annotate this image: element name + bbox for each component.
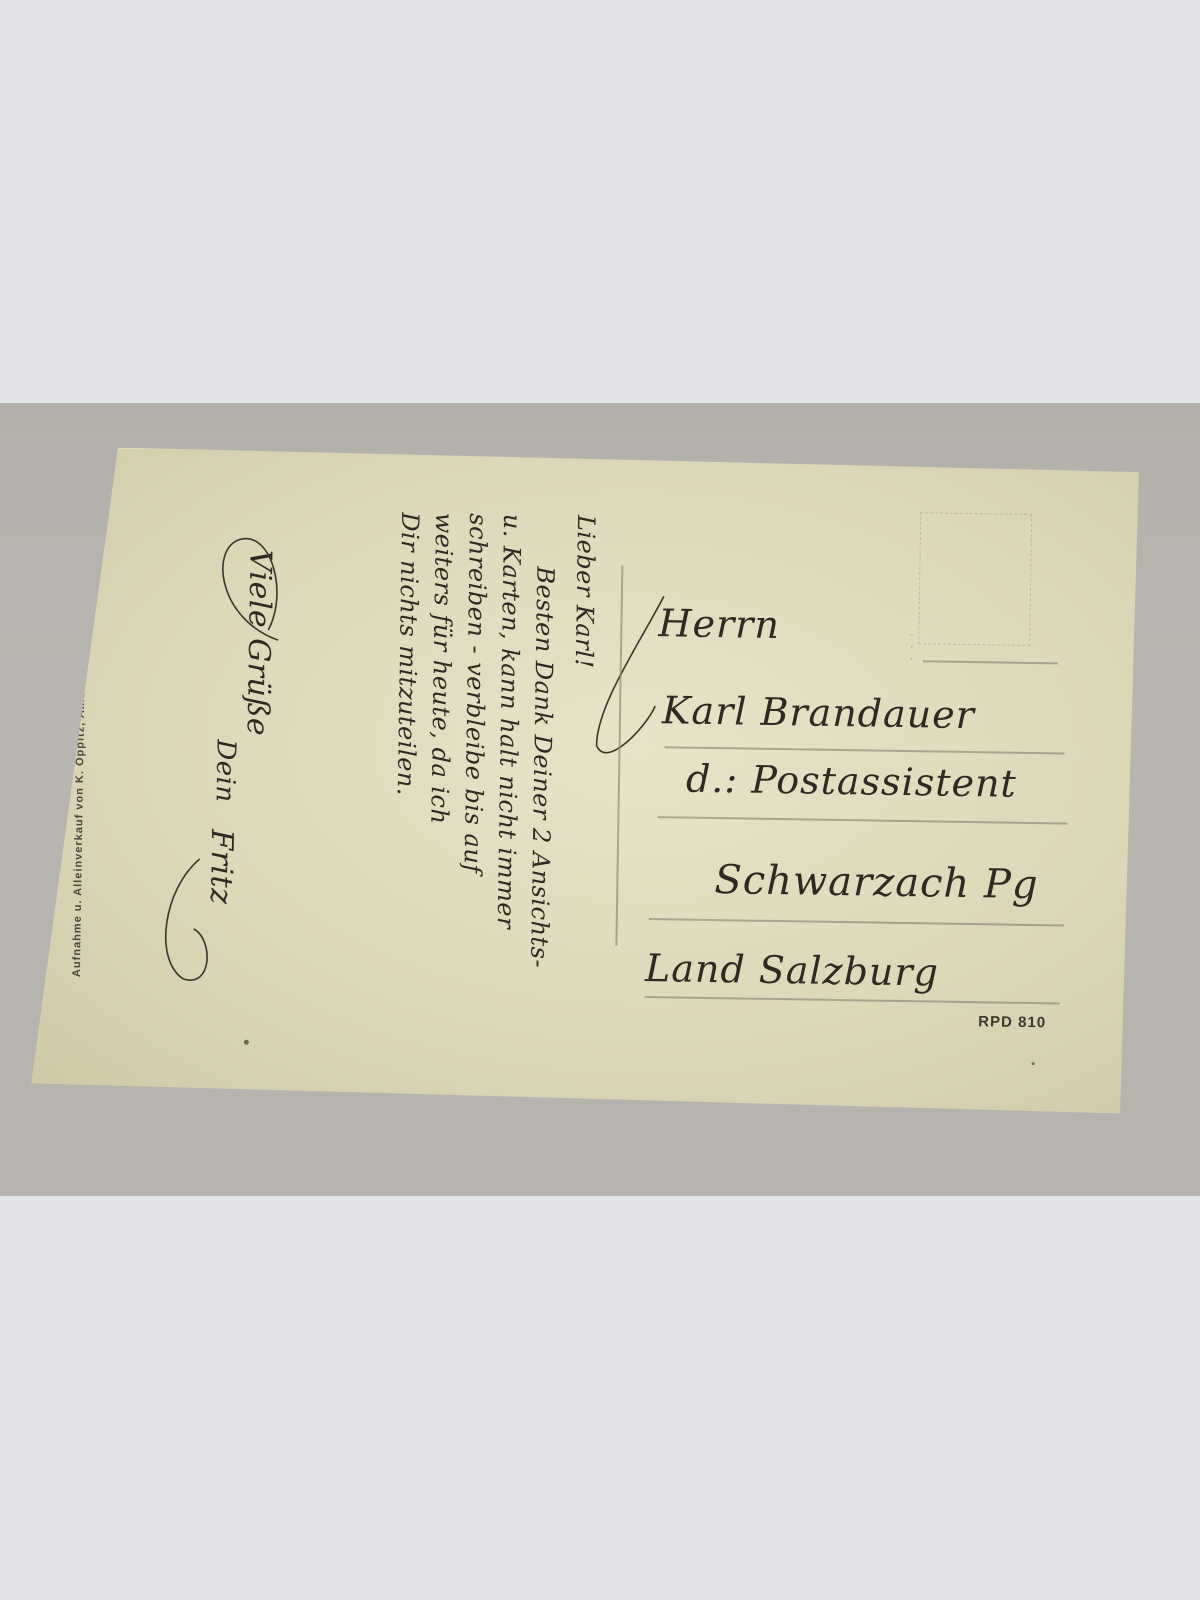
letterbox-top xyxy=(0,0,1200,403)
address-line-1: Herrn xyxy=(658,601,780,647)
address-rule-2 xyxy=(657,816,1067,824)
paper-spot xyxy=(1032,1062,1035,1065)
flourish-signature xyxy=(143,848,245,990)
address-rule-1 xyxy=(665,746,1065,754)
address-line-2: Karl Brandauer xyxy=(662,688,975,737)
photo-background-surface: Aufnahme u. Alleinverkauf von K. Oppitz,… xyxy=(0,403,1200,1196)
stamp-placeholder-box xyxy=(918,512,1032,646)
message-line-5: Dir nichts mitzuteilen. xyxy=(392,512,424,796)
address-line-4: Schwarzach Pg xyxy=(714,857,1039,908)
flourish-closing xyxy=(198,529,320,651)
stamp-guide-dots: ··· xyxy=(910,630,919,680)
publisher-imprint: Aufnahme u. Alleinverkauf von K. Oppitz,… xyxy=(71,655,88,977)
paper-spot xyxy=(244,1040,249,1045)
postcard: Aufnahme u. Alleinverkauf von K. Oppitz,… xyxy=(31,446,1139,1113)
stamp-guide-line xyxy=(923,660,1058,664)
series-code: RPD 810 xyxy=(978,1013,1046,1031)
message-line-4: weiters für heute, da ich xyxy=(425,513,458,825)
letterbox-bottom xyxy=(0,1196,1200,1600)
address-line-5: Land Salzburg xyxy=(645,946,940,995)
address-rule-3 xyxy=(649,918,1064,926)
address-line-3: d.: Postassistent xyxy=(686,757,1017,806)
message-signature-prefix: Dein xyxy=(210,739,241,803)
message-line-1: Besten Dank Deiner 2 Ansichts- xyxy=(525,566,559,968)
message-line-2: u. Karten, kann halt nicht immer xyxy=(492,514,527,930)
message-line-3: schreiben - verbleibe bis auf xyxy=(459,513,493,874)
address-rule-4 xyxy=(645,996,1060,1004)
